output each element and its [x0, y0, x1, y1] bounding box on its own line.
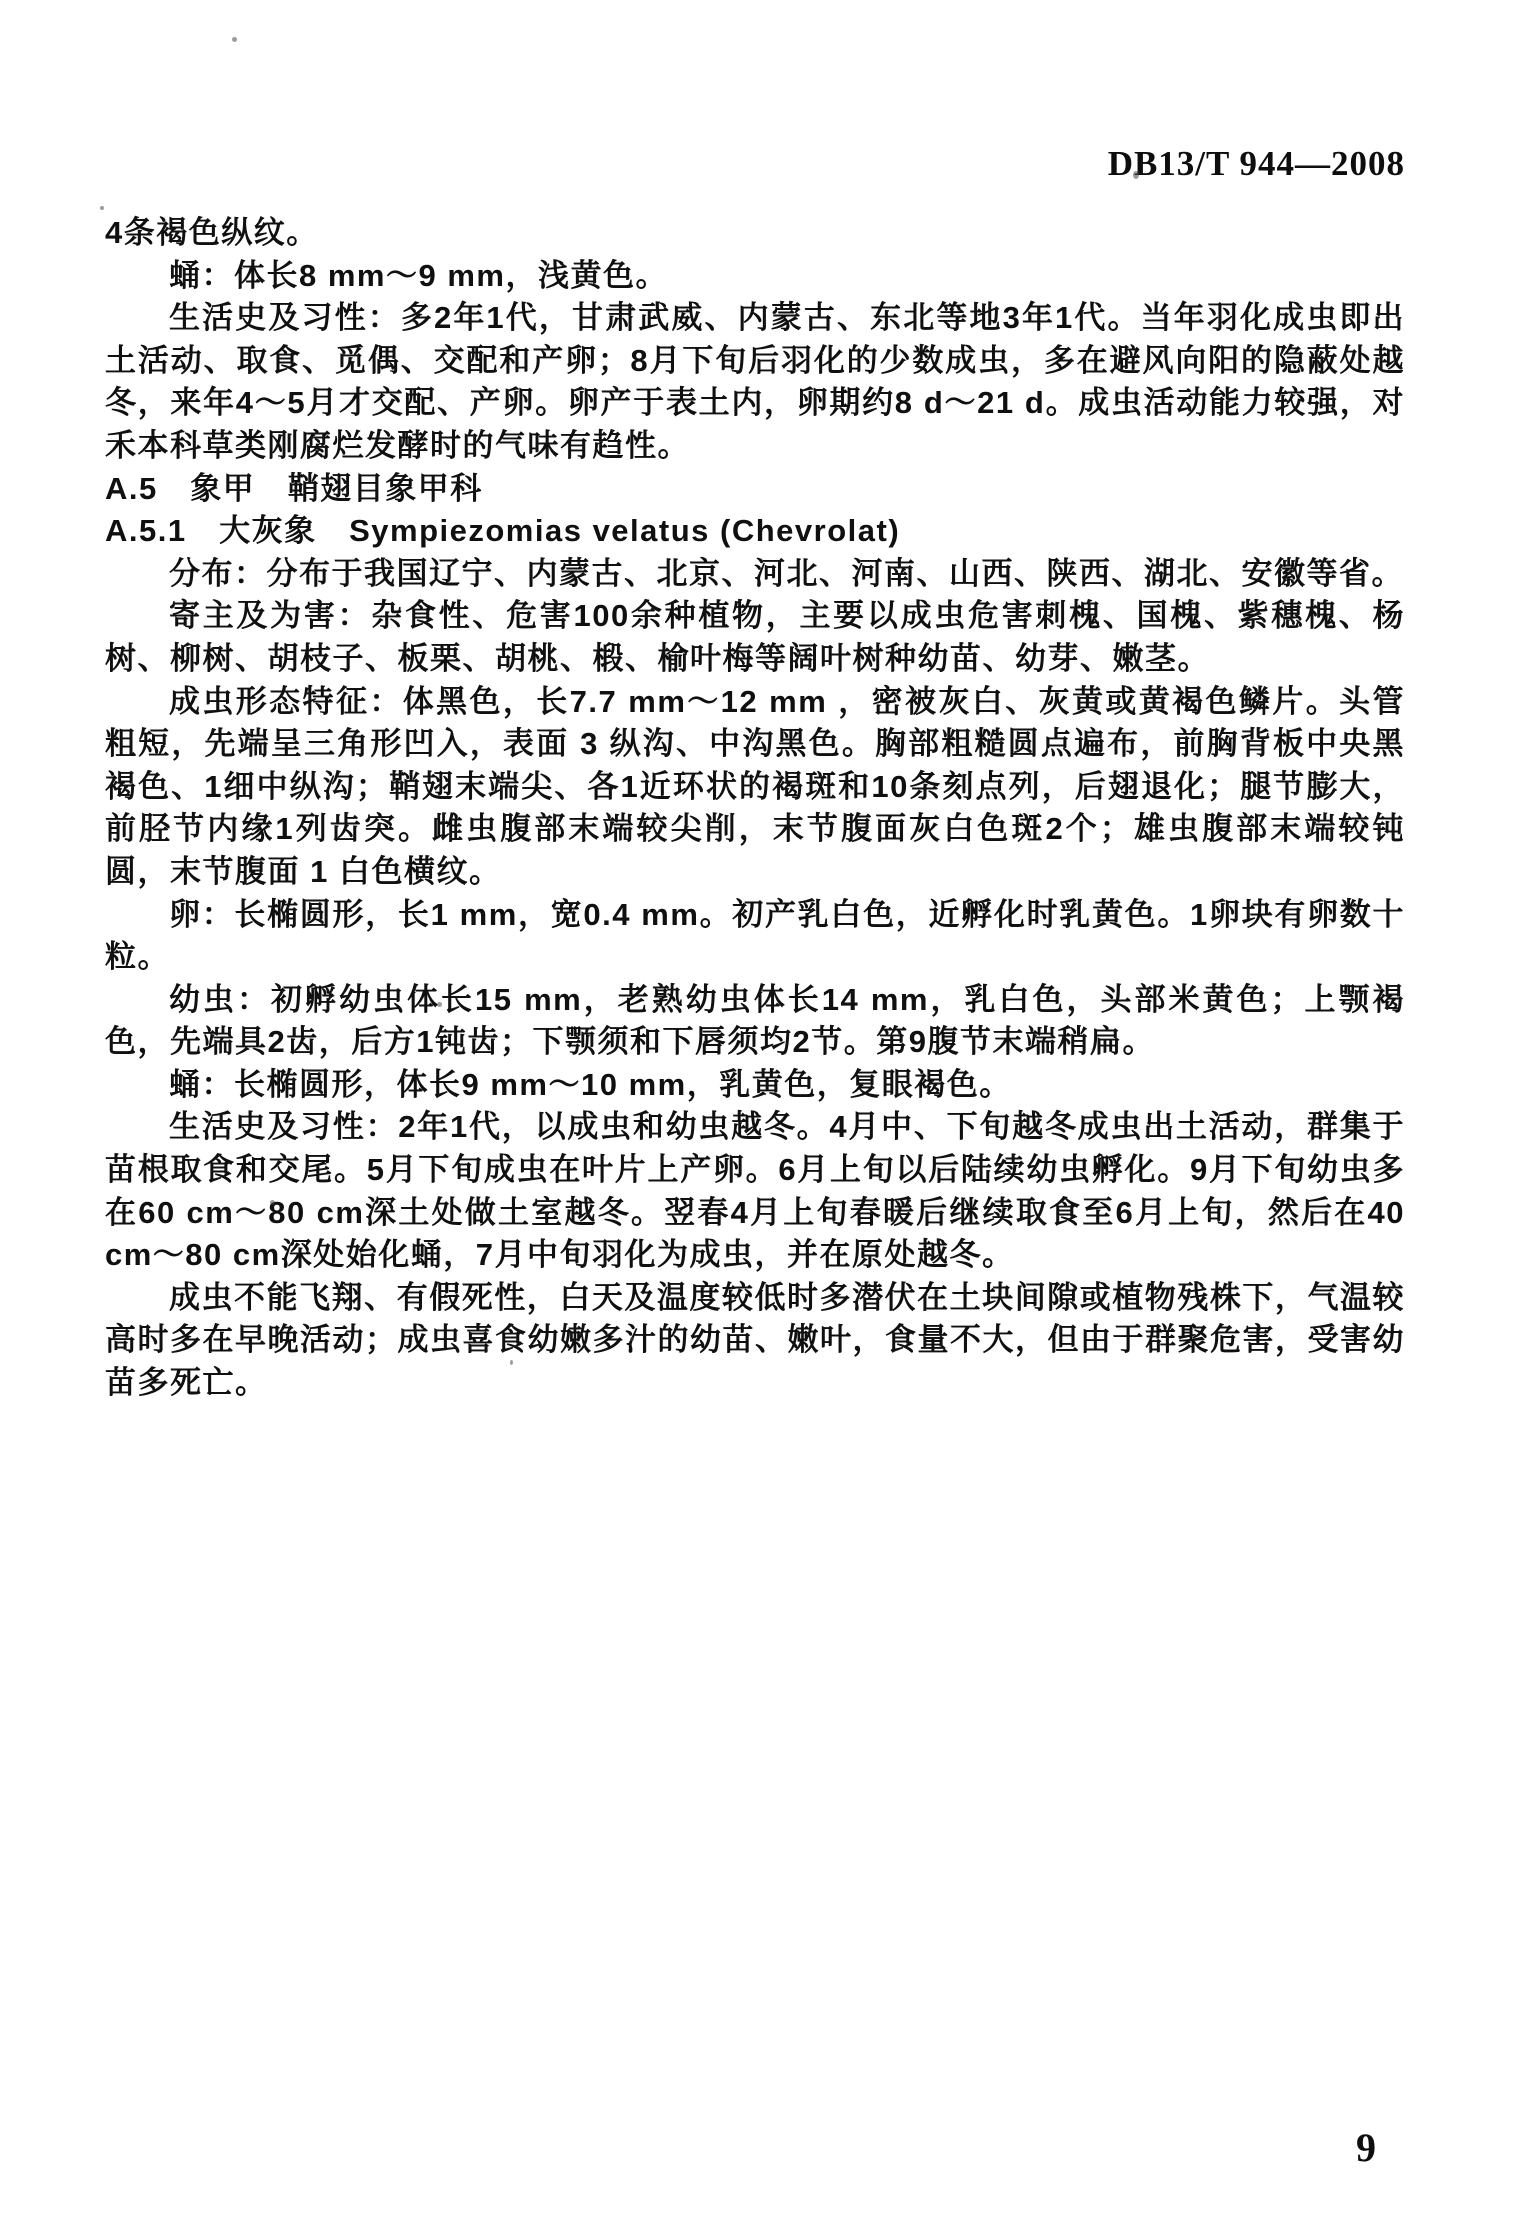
paragraph: 成虫形态特征：体黑色，长7.7 mm～12 mm ，密被灰白、灰黄或黄褐色鳞片。… — [105, 681, 1405, 894]
section-heading: A.5 象甲 鞘翅目象甲科 — [105, 468, 1405, 511]
page-number: 9 — [1356, 2124, 1376, 2171]
scan-speck — [510, 1360, 513, 1365]
paragraph: 4条褐色纵纹。 — [105, 212, 1405, 255]
paragraph: 生活史及习性：多2年1代，甘肃武威、内蒙古、东北等地3年1代。当年羽化成虫即出土… — [105, 297, 1405, 467]
scanned-document-page: DB13/T 944—2008 4条褐色纵纹。蛹：体长8 mm～9 mm，浅黄色… — [0, 0, 1533, 2219]
scan-speck — [630, 1337, 634, 1341]
paragraph: 寄主及为害：杂食性、危害100余种植物，主要以成虫危害刺槐、国槐、紫穗槐、杨树、… — [105, 595, 1405, 680]
paragraph: 成虫不能飞翔、有假死性，白天及温度较低时多潜伏在土块间隙或植物残株下，气温较高时… — [105, 1277, 1405, 1405]
scan-speck — [100, 206, 104, 210]
section-heading: A.5.1 大灰象 Sympiezomias velatus (Chevrola… — [105, 510, 1405, 553]
scan-speck — [1133, 171, 1139, 179]
paragraph: 卵：长椭圆形，长1 mm，宽0.4 mm。初产乳白色，近孵化时乳黄色。1卵块有卵… — [105, 894, 1405, 979]
paragraph: 幼虫：初孵幼虫体长15 mm，老熟幼虫体长14 mm，乳白色，头部米黄色；上颚褐… — [105, 979, 1405, 1064]
paragraph: 蛹：体长8 mm～9 mm，浅黄色。 — [105, 255, 1405, 298]
standard-number-header: DB13/T 944—2008 — [0, 144, 1405, 184]
scan-speck — [232, 37, 237, 42]
document-body: 4条褐色纵纹。蛹：体长8 mm～9 mm，浅黄色。生活史及习性：多2年1代，甘肃… — [105, 212, 1405, 1405]
scan-speck — [270, 1200, 275, 1205]
paragraph: 蛹：长椭圆形，体长9 mm～10 mm，乳黄色，复眼褐色。 — [105, 1064, 1405, 1107]
scan-speck — [437, 1002, 442, 1007]
paragraph: 分布：分布于我国辽宁、内蒙古、北京、河北、河南、山西、陕西、湖北、安徽等省。 — [105, 553, 1405, 596]
paragraph: 生活史及习性：2年1代，以成虫和幼虫越冬。4月中、下旬越冬成虫出土活动，群集于苗… — [105, 1106, 1405, 1276]
